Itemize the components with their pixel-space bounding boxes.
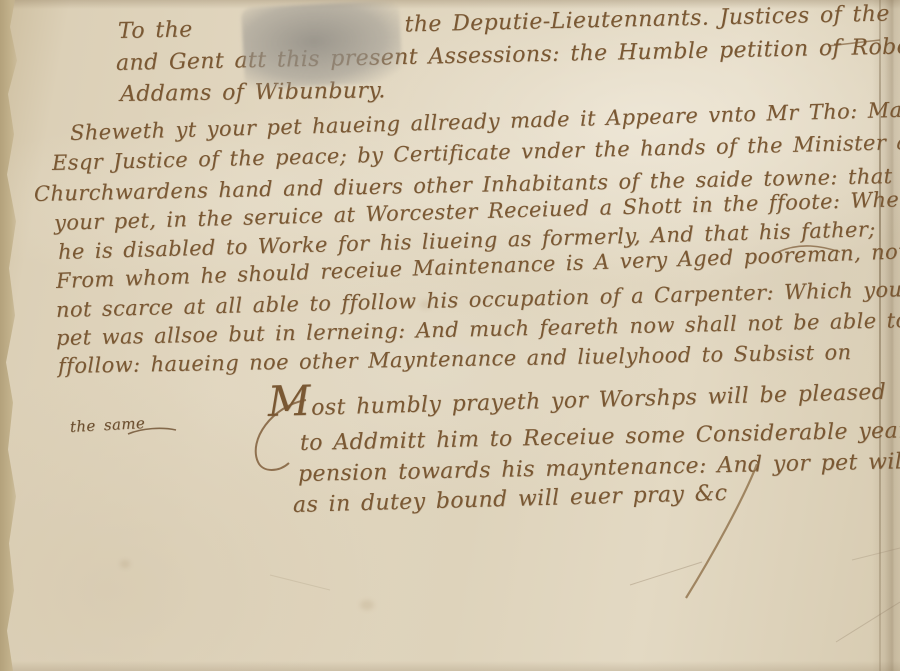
salutation-start: To the	[118, 17, 193, 44]
fox-spot	[360, 600, 374, 610]
paper-bottom-edge	[0, 661, 900, 671]
manuscript-scan: To thethe Deputie-Lieutennants. Justices…	[0, 0, 900, 671]
fox-spot	[120, 560, 130, 568]
ink-stain	[241, 0, 403, 90]
